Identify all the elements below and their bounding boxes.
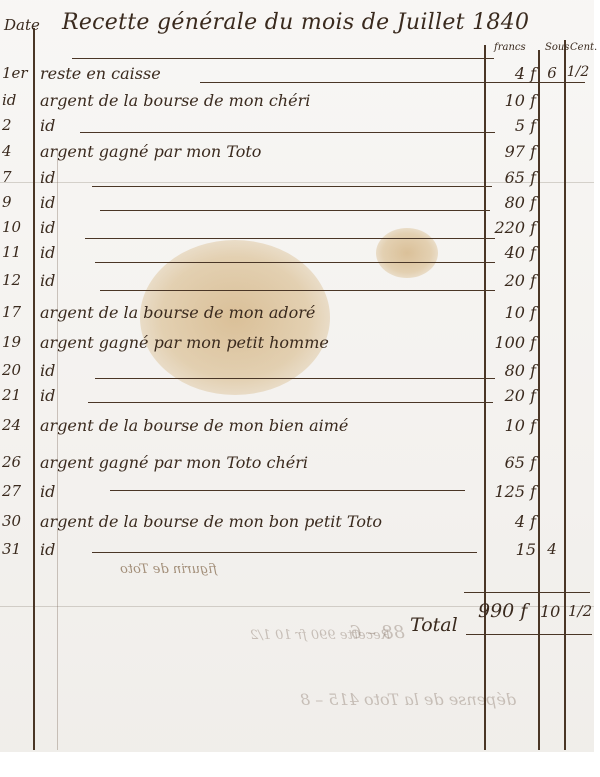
row-francs: 65 f xyxy=(488,168,536,187)
row-francs: 15 xyxy=(488,540,536,559)
sous-column-header: Sous xyxy=(545,42,569,53)
row-description: id xyxy=(40,243,55,262)
row-sous: 4 xyxy=(541,540,563,558)
row-description: argent de la bourse de mon bon petit Tot… xyxy=(40,512,382,531)
ledger-row: 30 argent de la bourse de mon bon petit … xyxy=(0,512,594,534)
faint-column xyxy=(57,150,58,750)
row-description: id xyxy=(40,361,55,380)
ledger-row: 2 id 5 f xyxy=(0,116,594,138)
row-francs: 10 f xyxy=(488,416,536,435)
ledger-row: 19 argent gagné par mon petit homme 100 … xyxy=(0,333,594,355)
row-description: argent gagné par mon petit homme xyxy=(40,333,329,352)
row-francs: 10 f xyxy=(488,303,536,322)
row-francs: 5 f xyxy=(488,116,536,135)
ledger-row: 4 argent gagné par mon Toto 97 f xyxy=(0,142,594,164)
row-description: reste en caisse xyxy=(40,64,161,83)
row-francs: 10 f xyxy=(488,91,536,110)
row-francs: 100 f xyxy=(488,333,536,352)
ledger-row: 20 id 80 f xyxy=(0,361,594,383)
row-date: 31 xyxy=(2,540,30,558)
row-date: 4 xyxy=(2,142,30,160)
total-francs: 990 f xyxy=(478,600,527,622)
row-date: 19 xyxy=(2,333,30,351)
total-label: Total xyxy=(410,614,458,636)
total-bottom-rule xyxy=(466,634,592,635)
row-description: id xyxy=(40,540,55,559)
row-date: 1er xyxy=(2,64,30,82)
row-date: 27 xyxy=(2,482,30,500)
row-francs: 97 f xyxy=(488,142,536,161)
row-francs: 40 f xyxy=(488,243,536,262)
row-description: argent de la bourse de mon chéri xyxy=(40,91,310,110)
row-date: 20 xyxy=(2,361,30,379)
ledger-row: 12 id 20 f xyxy=(0,271,594,293)
row-description: id xyxy=(40,386,55,405)
ledger-page: figurin de Toto Recette 990 fr 10 1/2 dé… xyxy=(0,0,594,752)
row-description: id xyxy=(40,193,55,212)
row-francs: 20 f xyxy=(488,271,536,290)
row-description: argent de la bourse de mon adoré xyxy=(40,303,315,322)
row-description: id xyxy=(40,218,55,237)
row-francs: 4 f xyxy=(488,64,536,83)
total-top-rule xyxy=(464,592,590,593)
row-francs: 20 f xyxy=(488,386,536,405)
row-date: 12 xyxy=(2,271,30,289)
date-column-header: Date xyxy=(4,16,40,34)
total-sous: 10 xyxy=(540,602,560,621)
ledger-row: 17 argent de la bourse de mon adoré 10 f xyxy=(0,303,594,325)
bleed-through-text: 88 – 6 xyxy=(350,622,405,643)
francs-column-header: francs xyxy=(494,42,526,53)
row-francs: 4 f xyxy=(488,512,536,531)
row-centimes: 1/2 xyxy=(566,64,590,80)
row-description: argent de la bourse de mon bien aimé xyxy=(40,416,348,435)
row-date: 30 xyxy=(2,512,30,530)
row-date: 17 xyxy=(2,303,30,321)
row-date: 24 xyxy=(2,416,30,434)
row-francs: 125 f xyxy=(488,482,536,501)
row-description: id xyxy=(40,116,55,135)
row-date: 21 xyxy=(2,386,30,404)
row-rule xyxy=(72,58,494,59)
row-sous: 6 xyxy=(541,64,563,82)
row-description: id xyxy=(40,271,55,290)
ledger-row: 7 id 65 f xyxy=(0,168,594,190)
ledger-title: Recette générale du mois de Juillet 1840 xyxy=(62,10,529,35)
ledger-row: 27 id 125 f xyxy=(0,482,594,504)
ledger-row: 1er reste en caisse 4 f 6 1/2 xyxy=(0,64,594,86)
row-date: 11 xyxy=(2,243,30,261)
bleed-through-text: figurin de Toto xyxy=(120,562,217,577)
row-date: 9 xyxy=(2,193,30,211)
row-francs: 80 f xyxy=(488,193,536,212)
row-date: 26 xyxy=(2,453,30,471)
ledger-row: 9 id 80 f xyxy=(0,193,594,215)
row-date: 2 xyxy=(2,116,30,134)
row-description: id xyxy=(40,168,55,187)
row-date: id xyxy=(2,91,30,109)
row-description: argent gagné par mon Toto chéri xyxy=(40,453,308,472)
row-francs: 220 f xyxy=(488,218,536,237)
ledger-row: 10 id 220 f xyxy=(0,218,594,240)
row-description: id xyxy=(40,482,55,501)
ledger-row: 24 argent de la bourse de mon bien aimé … xyxy=(0,416,594,438)
ledger-row: 21 id 20 f xyxy=(0,386,594,408)
total-centimes: 1/2 xyxy=(568,602,592,620)
centimes-column-header: Cent. xyxy=(570,42,597,53)
row-francs: 80 f xyxy=(488,361,536,380)
row-description: argent gagné par mon Toto xyxy=(40,142,261,161)
ledger-row: 11 id 40 f xyxy=(0,243,594,265)
ledger-row: 31 id 15 4 xyxy=(0,540,594,562)
row-francs: 65 f xyxy=(488,453,536,472)
ledger-row: id argent de la bourse de mon chéri 10 f xyxy=(0,91,594,113)
row-date: 7 xyxy=(2,168,30,186)
row-date: 10 xyxy=(2,218,30,236)
ledger-row: 26 argent gagné par mon Toto chéri 65 f xyxy=(0,453,594,475)
